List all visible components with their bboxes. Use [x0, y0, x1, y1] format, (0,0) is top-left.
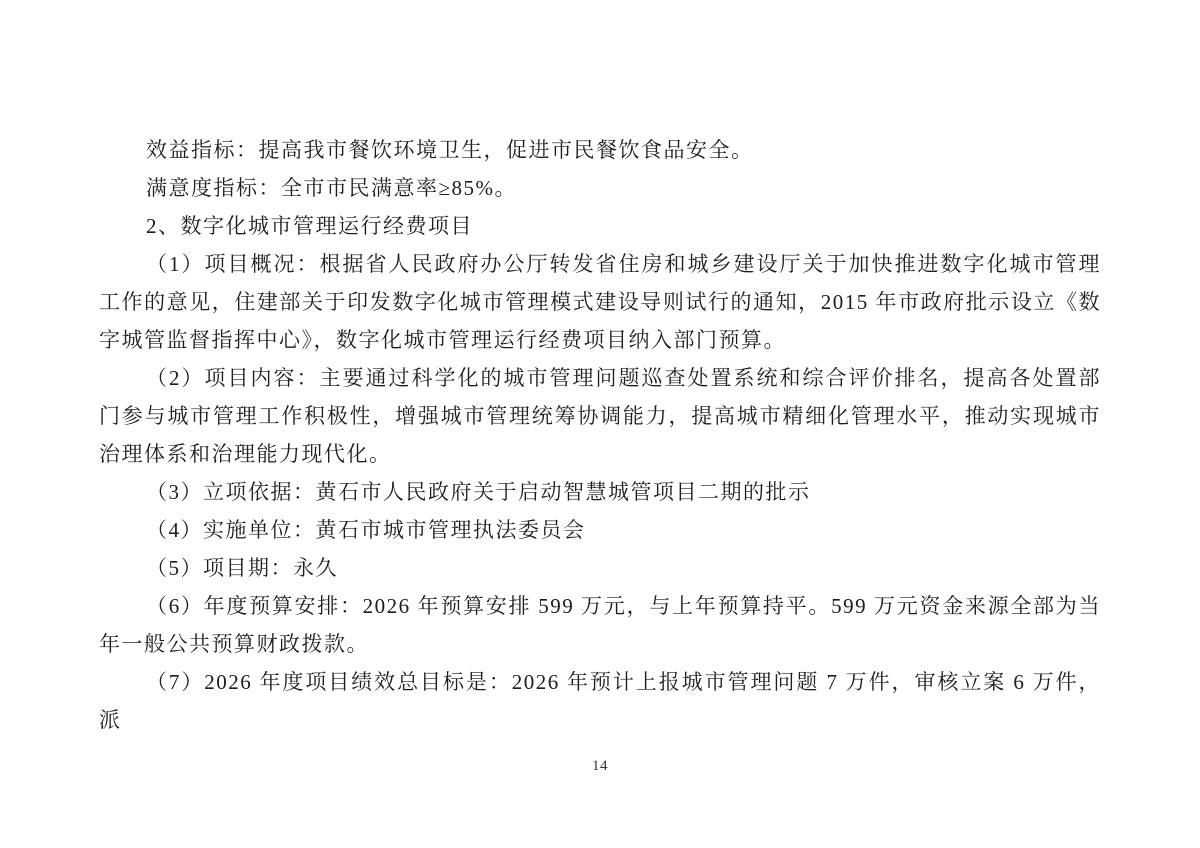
paragraph-performance-goal: （7）2026 年度项目绩效总目标是：2026 年预计上报城市管理问题 7 万件… [99, 663, 1101, 739]
paragraph-satisfaction-indicator: 满意度指标：全市市民满意率≥85%。 [99, 169, 1101, 207]
heading-project-2: 2、数字化城市管理运行经费项目 [99, 207, 1101, 245]
page-number: 14 [592, 758, 608, 774]
paragraph-project-content: （2）项目内容：主要通过科学化的城市管理问题巡查处置系统和综合评价排名，提高各处… [99, 359, 1101, 473]
paragraph-annual-budget: （6）年度预算安排：2026 年预算安排 599 万元，与上年预算持平。599 … [99, 587, 1101, 663]
document-page: 效益指标：提高我市餐饮环境卫生，促进市民餐饮食品安全。 满意度指标：全市市民满意… [0, 0, 1200, 848]
paragraph-implementing-unit: （4）实施单位：黄石市城市管理执法委员会 [99, 511, 1101, 549]
page-footer: 14 [0, 757, 1200, 775]
paragraph-approval-basis: （3）立项依据：黄石市人民政府关于启动智慧城管项目二期的批示 [99, 473, 1101, 511]
paragraph-project-period: （5）项目期：永久 [99, 549, 1101, 587]
paragraph-benefit-indicator: 效益指标：提高我市餐饮环境卫生，促进市民餐饮食品安全。 [99, 131, 1101, 169]
paragraph-project-overview: （1）项目概况：根据省人民政府办公厅转发省住房和城乡建设厅关于加快推进数字化城市… [99, 245, 1101, 359]
document-body: 效益指标：提高我市餐饮环境卫生，促进市民餐饮食品安全。 满意度指标：全市市民满意… [99, 131, 1101, 739]
